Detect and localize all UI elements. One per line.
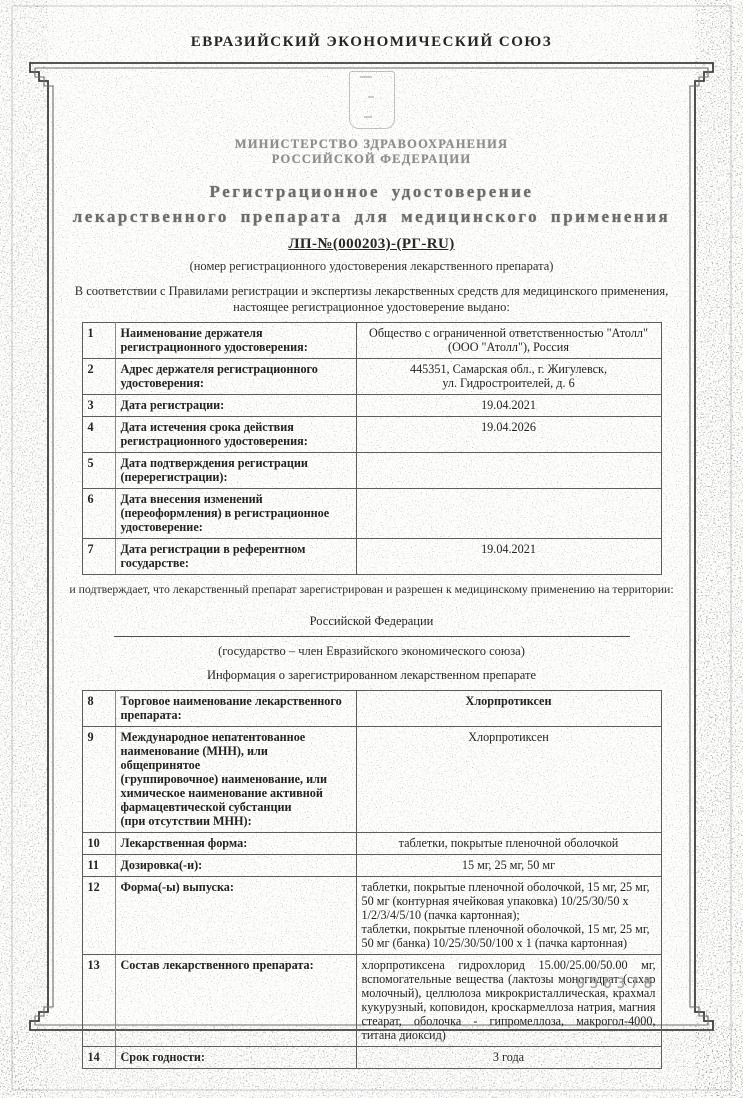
table-row: 13 Состав лекарственного препарата: хлор… [82, 955, 661, 1047]
table-row: 14 Срок годности: 3 года [82, 1047, 661, 1069]
territory-underline [114, 636, 630, 637]
row-value [356, 453, 661, 489]
table-row: 7 Дата регистрации в референтном государ… [82, 539, 661, 575]
intro-paragraph: В соответствии с Правилами регистрации и… [58, 283, 686, 315]
row-value: Хлорпротиксен [356, 727, 661, 833]
row-value: 19.04.2021 [356, 395, 661, 417]
row-label: Дата регистрации: [115, 395, 356, 417]
row-number: 11 [82, 855, 115, 877]
row-number: 5 [82, 453, 115, 489]
table-row: 8 Торговое наименование лекарственного п… [82, 691, 661, 727]
row-label: Форма(-ы) выпуска: [115, 877, 356, 955]
row-label: Лекарственная форма: [115, 833, 356, 855]
document-title-line2: лекарственного препарата для медицинског… [0, 204, 743, 229]
row-value: 3 года [356, 1047, 661, 1069]
table-row: 11 Дозировка(-и): 15 мг, 25 мг, 50 мг [82, 855, 661, 877]
coat-of-arms-icon [349, 71, 395, 129]
registration-number: ЛП-№(000203)-(РГ-RU) [0, 236, 743, 253]
row-number: 7 [82, 539, 115, 575]
row-number: 6 [82, 489, 115, 539]
row-label: Торговое наименование лекарственного пре… [115, 691, 356, 727]
table-row: 3 Дата регистрации: 19.04.2021 [82, 395, 661, 417]
row-number: 4 [82, 417, 115, 453]
certificate-document: ЕВРАЗИЙСКИЙ ЭКОНОМИЧЕСКИЙ СОЮЗ МИНИСТЕРС… [0, 0, 743, 1069]
row-value: таблетки, покрытые пленочной оболочкой [356, 833, 661, 855]
row-value: Хлорпротиксен [356, 691, 661, 727]
row-value [356, 489, 661, 539]
ministry-name: МИНИСТЕРСТВО ЗДРАВООХРАНЕНИЯ РОССИЙСКОЙ … [0, 137, 743, 166]
row-value: таблетки, покрытые пленочной оболочкой, … [356, 877, 661, 955]
table-row: 5 Дата подтверждения регистрации (перере… [82, 453, 661, 489]
registration-number-caption: (номер регистрационного удостоверения ле… [0, 259, 743, 274]
confirmation-text: и подтверждает, что лекарственный препар… [19, 582, 724, 597]
row-number: 8 [82, 691, 115, 727]
holder-table: 1 Наименование держателя регистрационног… [82, 322, 662, 575]
row-label: Срок годности: [115, 1047, 356, 1069]
row-label: Дата регистрации в референтном государст… [115, 539, 356, 575]
row-value: хлорпротиксена гидрохлорид 15.00/25.00/5… [356, 955, 661, 1047]
territory-name: Российской Федерации [0, 614, 743, 629]
row-value: 19.04.2021 [356, 539, 661, 575]
table-row: 1 Наименование держателя регистрационног… [82, 323, 661, 359]
info-heading: Информация о зарегистрированном лекарств… [0, 668, 743, 683]
row-label: Наименование держателя регистрационного … [115, 323, 356, 359]
row-label: Дата подтверждения регистрации (перереги… [115, 453, 356, 489]
row-label: Адрес держателя регистрационного удостов… [115, 359, 356, 395]
territory-caption: (государство – член Евразийского экономи… [0, 644, 743, 659]
row-number: 13 [82, 955, 115, 1047]
row-value: 445351, Самарская обл., г. Жигулевск, ул… [356, 359, 661, 395]
union-header: ЕВРАЗИЙСКИЙ ЭКОНОМИЧЕСКИЙ СОЮЗ [0, 0, 743, 51]
row-number: 1 [82, 323, 115, 359]
row-number: 10 [82, 833, 115, 855]
document-title: Регистрационное удостоверение лекарствен… [0, 179, 743, 229]
row-label: Дата истечения срока действия регистраци… [115, 417, 356, 453]
table-row: 9 Международное непатентованное наименов… [82, 727, 661, 833]
row-label: Дозировка(-и): [115, 855, 356, 877]
row-label: Дата внесения изменений (переоформления)… [115, 489, 356, 539]
document-title-line1: Регистрационное удостоверение [0, 179, 743, 204]
row-value: Общество с ограниченной ответственностью… [356, 323, 661, 359]
row-number: 14 [82, 1047, 115, 1069]
row-number: 12 [82, 877, 115, 955]
row-value: 15 мг, 25 мг, 50 мг [356, 855, 661, 877]
table-row: 10 Лекарственная форма: таблетки, покрыт… [82, 833, 661, 855]
table-row: 12 Форма(-ы) выпуска: таблетки, покрытые… [82, 877, 661, 955]
row-label: Международное непатентованное наименован… [115, 727, 356, 833]
row-number: 9 [82, 727, 115, 833]
row-number: 2 [82, 359, 115, 395]
table-row: 6 Дата внесения изменений (переоформлени… [82, 489, 661, 539]
row-number: 3 [82, 395, 115, 417]
product-table: 8 Торговое наименование лекарственного п… [82, 690, 662, 1069]
row-label: Состав лекарственного препарата: [115, 955, 356, 1047]
row-value: 19.04.2026 [356, 417, 661, 453]
table-row: 2 Адрес держателя регистрационного удост… [82, 359, 661, 395]
table-row: 4 Дата истечения срока действия регистра… [82, 417, 661, 453]
serial-number: 036378 [576, 976, 657, 992]
